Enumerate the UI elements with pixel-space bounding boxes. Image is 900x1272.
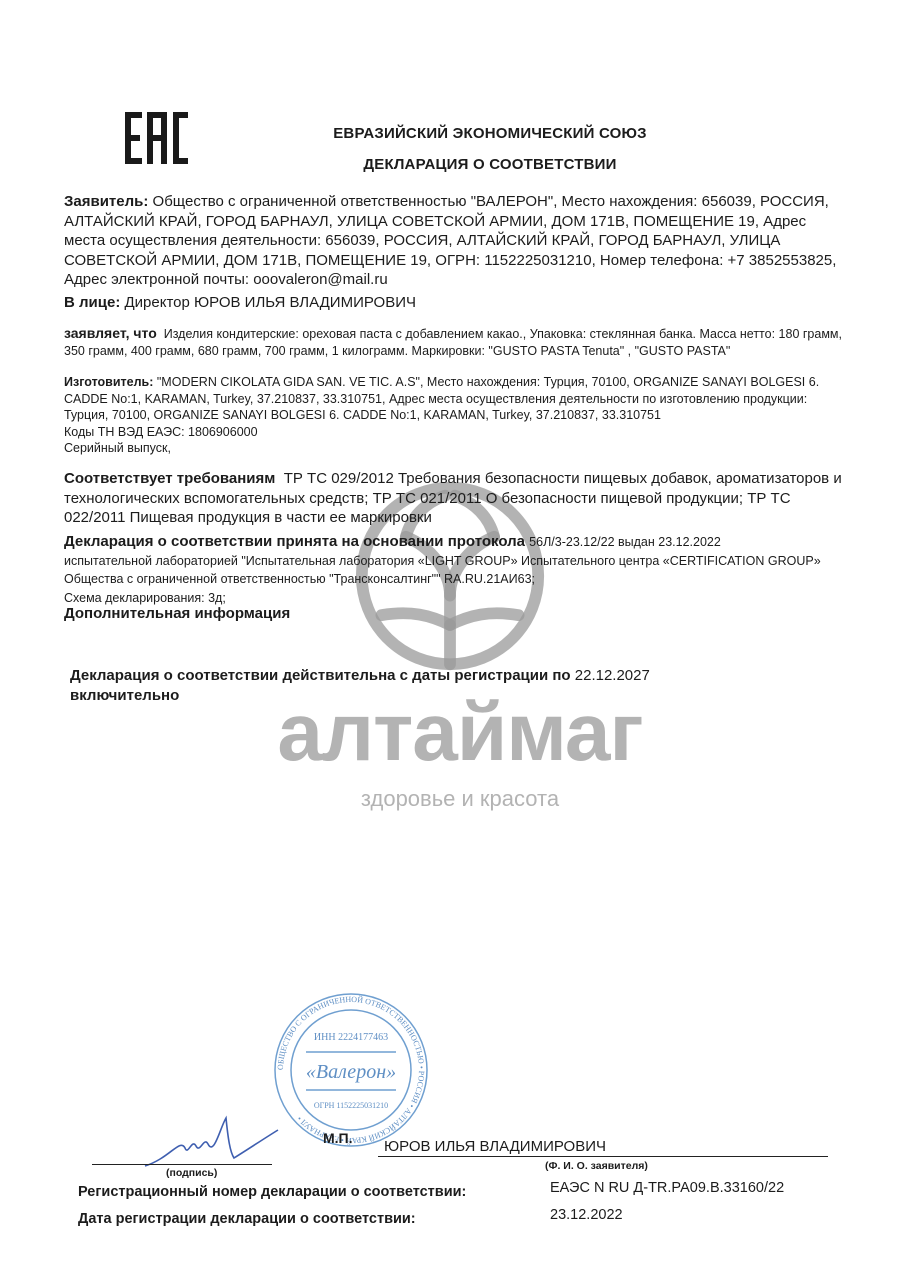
basis-text: испытательной лабораторией "Испытательна… bbox=[64, 552, 844, 588]
registration-date-label: Дата регистрации декларации о соответств… bbox=[78, 1211, 416, 1227]
basis-label: Декларация о соответствии принята на осн… bbox=[64, 533, 525, 550]
signer-name: ЮРОВ ИЛЬЯ ВЛАДИМИРОВИЧ bbox=[384, 1138, 606, 1155]
serial-release: Серийный выпуск, bbox=[64, 440, 844, 457]
name-caption: (Ф. И. О. заявителя) bbox=[545, 1160, 648, 1172]
basis-block: Декларация о соответствии принята на осн… bbox=[64, 532, 844, 608]
person-text: Директор ЮРОВ ИЛЬЯ ВЛАДИМИРОВИЧ bbox=[124, 294, 416, 311]
manufacturer-text: "MODERN CIKOLATA GIDA SAN. VE TIC. A.S",… bbox=[64, 375, 819, 422]
validity-label: Декларация о соответствии действительна … bbox=[70, 667, 571, 684]
watermark-brand: алтаймаг bbox=[0, 686, 900, 780]
tn-ved-codes: Коды ТН ВЭД ЕАЭС: 1806906000 bbox=[64, 424, 844, 441]
name-line bbox=[378, 1156, 828, 1157]
document-title: ДЕКЛАРАЦИЯ О СООТВЕТСТВИИ bbox=[0, 156, 900, 173]
person-label: В лице: bbox=[64, 294, 120, 311]
requirements-block: Соответствует требованиям ТР ТС 029/2012… bbox=[64, 469, 844, 528]
manufacturer-label: Изготовитель: bbox=[64, 375, 153, 389]
applicant-text: Общество с ограниченной ответственностью… bbox=[64, 193, 836, 288]
stamp-place: М.П. bbox=[323, 1130, 353, 1146]
registration-date: 23.12.2022 bbox=[550, 1207, 623, 1223]
requirements-label: Соответствует требованиям bbox=[64, 470, 275, 487]
person-block: В лице: Директор ЮРОВ ИЛЬЯ ВЛАДИМИРОВИЧ bbox=[64, 293, 844, 313]
signature-line bbox=[92, 1164, 272, 1165]
additional-info: Дополнительная информация bbox=[64, 604, 844, 624]
signature-caption: (подпись) bbox=[166, 1167, 217, 1179]
applicant-label: Заявитель: bbox=[64, 193, 148, 210]
declares-label: заявляет, что bbox=[64, 325, 157, 341]
declares-text: Изделия кондитерские: ореховая паста с д… bbox=[64, 327, 842, 358]
declares-block: заявляет, что Изделия кондитерские: орех… bbox=[64, 325, 844, 359]
svg-text:ОГРН 1152225031210: ОГРН 1152225031210 bbox=[314, 1101, 388, 1110]
svg-text:«Валерон»: «Валерон» bbox=[306, 1061, 396, 1083]
registration-number-label: Регистрационный номер декларации о соотв… bbox=[78, 1184, 466, 1200]
registration-number: ЕАЭС N RU Д-TR.РА09.В.33160/22 bbox=[550, 1180, 784, 1196]
basis-protocol: 56Л/3-23.12/22 выдан 23.12.2022 bbox=[529, 535, 721, 549]
company-stamp: ОБЩЕСТВО С ОГРАНИЧЕННОЙ ОТВЕТСТВЕННОСТЬЮ… bbox=[266, 990, 436, 1150]
applicant-block: Заявитель: Общество с ограниченной ответ… bbox=[64, 192, 844, 290]
svg-text:ИНН 2224177463: ИНН 2224177463 bbox=[314, 1032, 388, 1043]
union-title: ЕВРАЗИЙСКИЙ ЭКОНОМИЧЕСКИЙ СОЮЗ bbox=[0, 125, 900, 142]
additional-info-label: Дополнительная информация bbox=[64, 605, 290, 622]
watermark-tagline: здоровье и красота bbox=[0, 786, 900, 812]
signature-scribble bbox=[140, 1108, 280, 1172]
validity-date: 22.12.2027 bbox=[575, 667, 650, 684]
manufacturer-block: Изготовитель: "MODERN CIKOLATA GIDA SAN.… bbox=[64, 374, 844, 457]
